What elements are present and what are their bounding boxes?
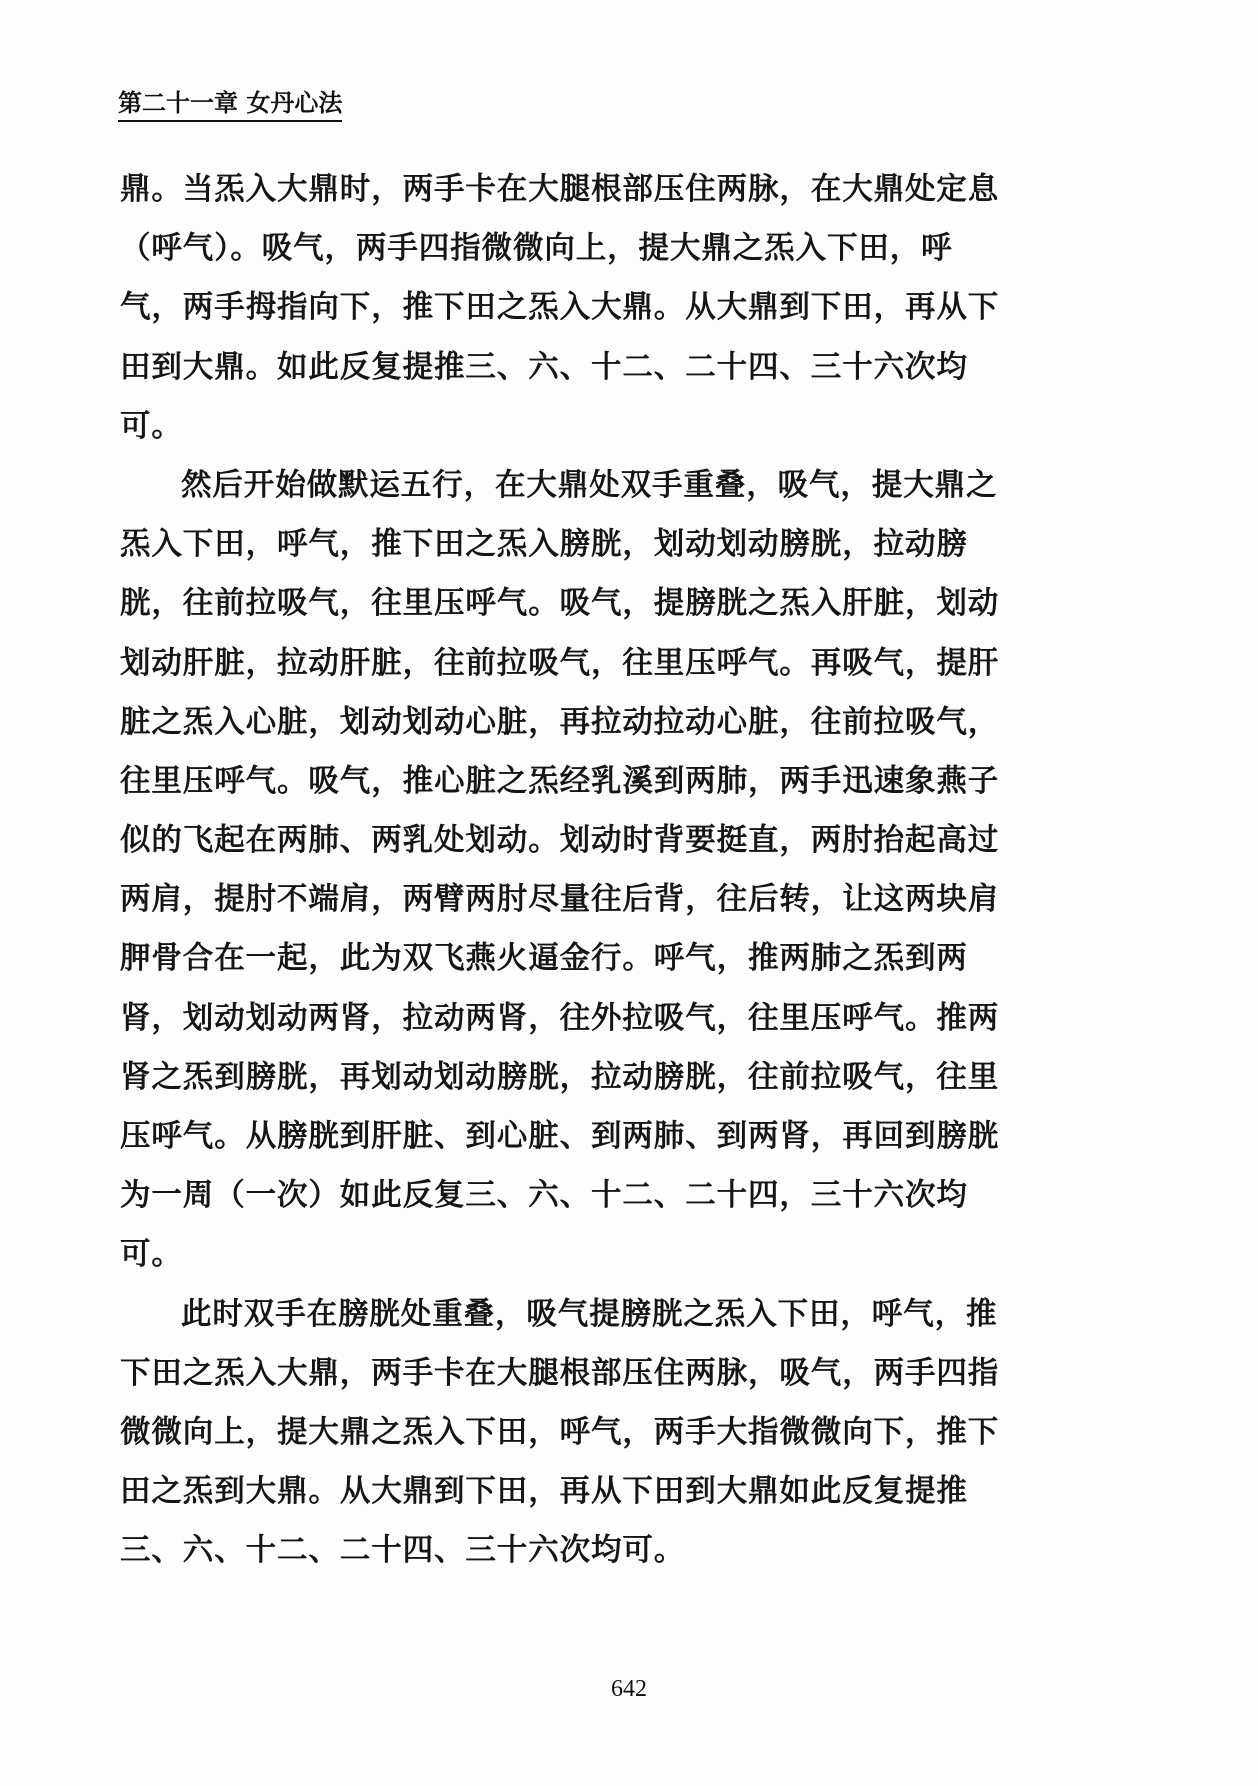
text-line: 胛骨合在一起，此为双飞燕火逼金行。呼气，推两肺之炁到两 — [120, 929, 1140, 988]
text-line: 下田之炁入大鼎，两手卡在大腿根部压住两脉，吸气，两手四指 — [120, 1344, 1140, 1403]
text-line: 气，两手拇指向下，推下田之炁入大鼎。从大鼎到下田，再从下 — [120, 278, 1140, 337]
text-line: 胱，往前拉吸气，往里压呼气。吸气，提膀胱之炁入肝脏，划动 — [120, 574, 1140, 633]
text-line: （呼气）。吸气，两手四指微微向上，提大鼎之炁入下田，呼 — [120, 219, 1140, 278]
text-line: 为一周（一次）如此反复三、六、十二、二十四，三十六次均 — [120, 1166, 1140, 1225]
text-line: 三、六、十二、二十四、三十六次均可。 — [120, 1521, 1140, 1580]
text-line: 鼎。当炁入大鼎时，两手卡在大腿根部压住两脉，在大鼎处定息 — [120, 160, 1140, 219]
text-line: 田到大鼎。如此反复提推三、六、十二、二十四、三十六次均 — [120, 338, 1140, 397]
text-line: 肾之炁到膀胱，再划动划动膀胱，拉动膀胱，往前拉吸气，往里 — [120, 1048, 1140, 1107]
paragraph-start-line: 此时双手在膀胱处重叠，吸气提膀胱之炁入下田，呼气，推 — [120, 1285, 1140, 1344]
text-line: 两肩，提肘不端肩，两臂两肘尽量往后背，往后转，让这两块肩 — [120, 870, 1140, 929]
body-text: 鼎。当炁入大鼎时，两手卡在大腿根部压住两脉，在大鼎处定息 （呼气）。吸气，两手四… — [120, 160, 1140, 1581]
text-line: 脏之炁入心脏，划动划动心脏，再拉动拉动心脏，往前拉吸气， — [120, 693, 1140, 752]
chapter-header: 第二十一章 女丹心法 — [118, 88, 342, 122]
text-line: 划动肝脏，拉动肝脏，往前拉吸气，往里压呼气。再吸气，提肝 — [120, 634, 1140, 693]
text-line: 可。 — [120, 397, 1140, 456]
paragraph-start-line: 然后开始做默运五行，在大鼎处双手重叠，吸气，提大鼎之 — [120, 456, 1140, 515]
text-line: 微微向上，提大鼎之炁入下田，呼气，两手大指微微向下，推下 — [120, 1403, 1140, 1462]
book-page: 第二十一章 女丹心法 鼎。当炁入大鼎时，两手卡在大腿根部压住两脉，在大鼎处定息 … — [0, 0, 1258, 1786]
text-line: 往里压呼气。吸气，推心脏之炁经乳溪到两肺，两手迅速象燕子 — [120, 752, 1140, 811]
text-line: 炁入下田，呼气，推下田之炁入膀胱，划动划动膀胱，拉动膀 — [120, 515, 1140, 574]
text-line: 似的飞起在两肺、两乳处划动。划动时背要挺直，两肘抬起高过 — [120, 811, 1140, 870]
text-line: 田之炁到大鼎。从大鼎到下田，再从下田到大鼎如此反复提推 — [120, 1462, 1140, 1521]
text-line: 肾，划动划动两肾，拉动两肾，往外拉吸气，往里压呼气。推两 — [120, 989, 1140, 1048]
text-line: 压呼气。从膀胱到肝脏、到心脏、到两肺、到两肾，再回到膀胱 — [120, 1107, 1140, 1166]
text-line: 可。 — [120, 1225, 1140, 1284]
page-number: 642 — [0, 1676, 1258, 1703]
